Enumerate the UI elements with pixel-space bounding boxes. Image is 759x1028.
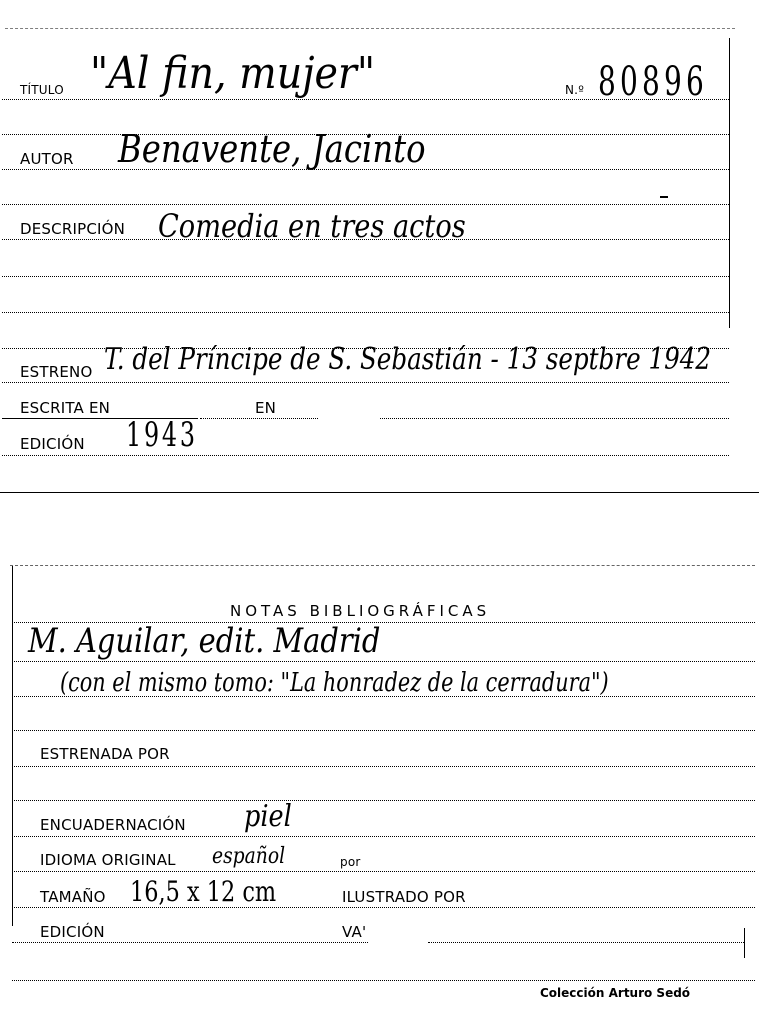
card-right-border — [729, 38, 730, 328]
estreno-label: ESTRENO — [20, 365, 93, 380]
idioma-por-label: por — [340, 856, 361, 868]
titulo-value: "Al fin, mujer" — [90, 52, 375, 96]
edicion-label: EDICIÓN — [20, 437, 85, 452]
tamano-rule — [12, 907, 755, 908]
titulo-label: TÍTULO — [20, 84, 64, 96]
estreno-value: T. del Príncipe de S. Sebastián - 13 sep… — [104, 345, 711, 375]
idioma-original-value: español — [212, 846, 285, 868]
estrenada-por-label: ESTRENADA POR — [40, 747, 170, 762]
note-rule-1 — [12, 661, 755, 662]
note-rule-3 — [12, 730, 755, 731]
tamano-label: TAMAÑO — [40, 890, 106, 905]
back-left-border — [12, 566, 13, 926]
descripcion-value: Comedia en tres actos — [158, 210, 466, 242]
escrita-rule-c — [380, 418, 729, 419]
edicion-rule — [2, 455, 729, 456]
back-top-edge — [10, 565, 755, 566]
notas-title: NOTAS BIBLIOGRÁFICAS — [230, 602, 490, 620]
note-line-1: M. Aguilar, edit. Madrid — [28, 624, 380, 658]
last-rule — [12, 980, 755, 981]
idioma-original-label: IDIOMA ORIGINAL — [40, 853, 176, 868]
autor-value: Benavente, Jacinto — [118, 130, 426, 168]
autor-label: AUTOR — [20, 152, 74, 167]
numero-label: N.º — [565, 84, 584, 96]
escrita-en-label: ESCRITA EN — [20, 401, 110, 416]
blank-rule-2 — [2, 312, 729, 313]
numero-value: 80896 — [598, 62, 708, 102]
note-rule-2 — [12, 696, 755, 697]
va-label: VA' — [342, 925, 366, 940]
edicion-back-rule-a — [12, 942, 368, 943]
blank-rule-1 — [2, 276, 729, 277]
descripcion-label: DESCRIPCIÓN — [20, 222, 125, 237]
edicion-back-rule-b — [428, 942, 744, 943]
blank-back-rule — [12, 800, 755, 801]
back-right-mark — [744, 928, 745, 958]
escrita-rule-b — [200, 418, 318, 419]
escrita-en-en-label: EN — [255, 401, 276, 416]
titulo-rule — [2, 99, 729, 100]
encuadernacion-label: ENCUADERNACIÓN — [40, 818, 186, 833]
catalog-card-front: TÍTULO "Al fin, mujer" N.º 80896 AUTOR B… — [0, 0, 759, 494]
coleccion-credit: Colección Arturo Sedó — [540, 986, 690, 1000]
estrenada-rule — [12, 766, 755, 767]
ink-mark — [660, 196, 668, 198]
edicion-back-label: EDICIÓN — [40, 925, 105, 940]
ilustrado-por-label: ILUSTRADO POR — [342, 890, 466, 905]
autor-rule-2 — [2, 204, 729, 205]
estreno-rule — [2, 382, 729, 383]
catalog-card-back: NOTAS BIBLIOGRÁFICAS M. Aguilar, edit. M… — [0, 560, 759, 1028]
card-bottom-edge — [0, 492, 759, 493]
top-edge-rule — [5, 28, 735, 29]
descripcion-rule — [2, 239, 729, 240]
encuadernacion-value: piel — [244, 802, 292, 832]
idioma-rule — [12, 871, 755, 872]
tamano-value: 16,5 x 12 cm — [130, 878, 276, 906]
edicion-value: 1943 — [126, 418, 198, 452]
autor-rule — [2, 169, 729, 170]
note-line-2: (con el mismo tomo: "La honradez de la c… — [60, 670, 609, 696]
encuadernacion-rule — [12, 836, 755, 837]
